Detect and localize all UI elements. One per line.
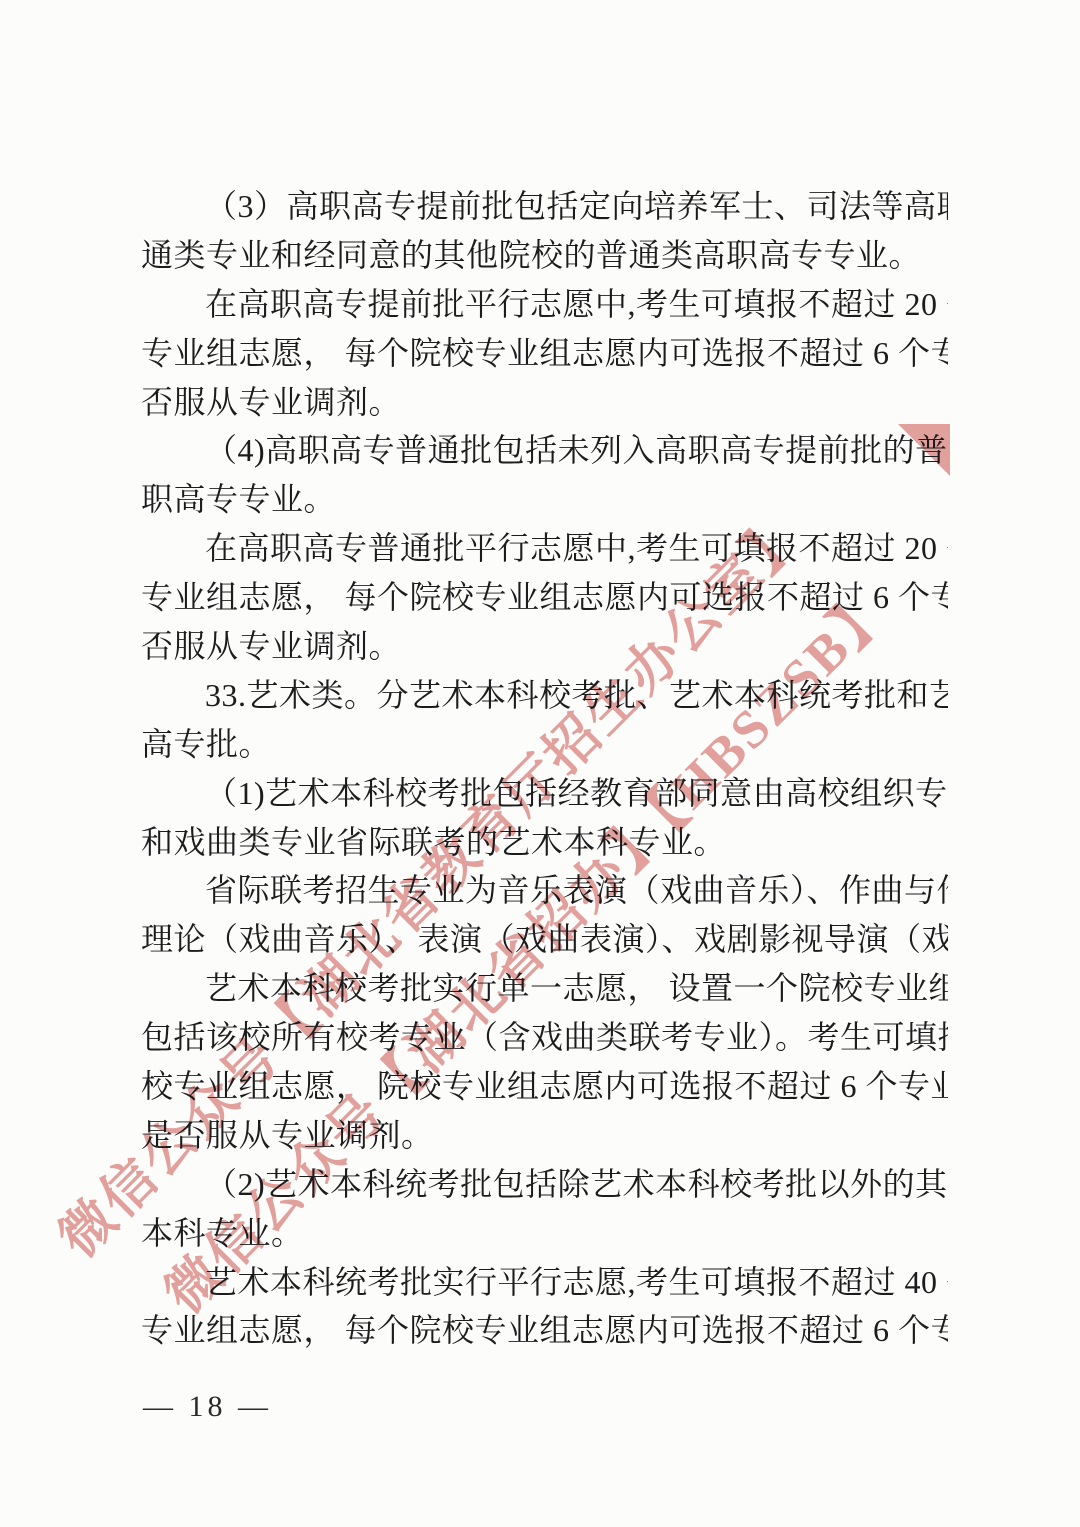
text-line: 专业组志愿， 每个院校专业组志愿内可选报不超过 6 个专业及是: [141, 573, 948, 622]
text-line: 本科专业。: [141, 1209, 948, 1258]
text-line: 高专批。: [141, 720, 948, 769]
text-line: 和戏曲类专业省际联考的艺术本科专业。: [141, 818, 948, 867]
text-line: 职高专专业。: [141, 475, 948, 524]
text-line: （2)艺术本科统考批包括除艺术本科校考批以外的其他艺术: [141, 1160, 948, 1209]
text-line: 包括该校所有校考专业（含戏曲类联考专业）。考生可填报一个院: [141, 1013, 948, 1062]
text-line: 否服从专业调剂。: [141, 622, 948, 671]
text-line: 理论（戏曲音乐）、表演（戏曲表演）、戏剧影视导演（戏曲导演）。: [141, 915, 948, 964]
text-line: 校专业组志愿， 院校专业组志愿内可选报不超过 6 个专业志愿及: [141, 1062, 948, 1111]
text-line: 在高职高专提前批平行志愿中,考生可填报不超过 20 个院校: [141, 280, 948, 329]
text-line: （3）高职高专提前批包括定向培养军士、司法等高职高专普: [141, 182, 948, 231]
text-line: 是否服从专业调剂。: [141, 1111, 948, 1160]
text-line: 33.艺术类。分艺术本科校考批、艺术本科统考批和艺术高职: [141, 671, 948, 720]
text-line: 通类专业和经同意的其他院校的普通类高职高专专业。: [141, 231, 948, 280]
text-line: 省际联考招生专业为音乐表演（戏曲音乐）、作曲与作曲技术: [141, 866, 948, 915]
page-number: — 18 —: [143, 1390, 272, 1424]
text-line: 在高职高专普通批平行志愿中,考生可填报不超过 20 个院校: [141, 524, 948, 573]
text-line: 艺术本科校考批实行单一志愿， 设置一个院校专业组志愿,: [141, 964, 948, 1013]
text-line: 专业组志愿， 每个院校专业组志愿内可选报不超过 6 个专业及是: [141, 1306, 948, 1355]
text-line: 艺术本科统考批实行平行志愿,考生可填报不超过 40 个院校: [141, 1258, 948, 1307]
document-text: （3）高职高专提前批包括定向培养军士、司法等高职高专普通类专业和经同意的其他院校…: [141, 182, 948, 1355]
text-line: 专业组志愿， 每个院校专业组志愿内可选报不超过 6 个专业及是: [141, 329, 948, 378]
text-line: 否服从专业调剂。: [141, 378, 948, 427]
document-page: 微信公众号【湖北省教育厅招生办公室】 微信公众号【湖北省招办】【HBSZSB】 …: [0, 0, 1080, 1527]
text-line: （1)艺术本科校考批包括经教育部同意由高校组织专业考试: [141, 769, 948, 818]
text-line: （4)高职高专普通批包括未列入高职高专提前批的普通类高: [141, 426, 948, 475]
